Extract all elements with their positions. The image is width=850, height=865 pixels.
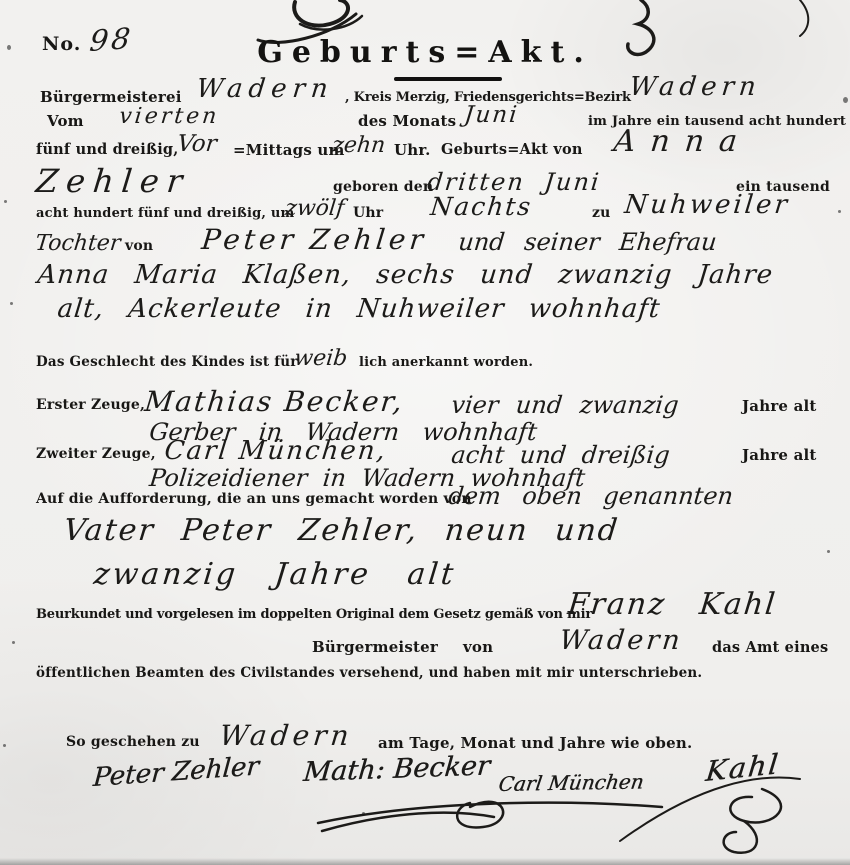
beurkundet-label: Beurkundet und vorgelesen im doppelten O… <box>36 607 592 622</box>
am-tage-label: am Tage, Monat und Jahre wie oben. <box>378 734 692 752</box>
des-monats-label: des Monats <box>358 112 456 130</box>
so-geschehen-label: So geschehen zu <box>66 734 200 750</box>
document-title: Geburts=Akt. <box>0 35 850 70</box>
ink-speck <box>362 812 365 815</box>
witness2-name-entry: Carl München, <box>163 436 388 466</box>
execution-place-entry: Wadern <box>218 719 354 752</box>
time-of-day-entry: Nachts <box>429 192 534 221</box>
signature-peter-zehler: Peter Zehler <box>92 752 260 793</box>
vom-label: Vom <box>47 112 84 130</box>
von-label-2: von <box>463 638 493 656</box>
document-page: No. 98 Geburts=Akt. Bürgermeisterei Wade… <box>0 0 850 865</box>
ink-speck <box>843 97 848 103</box>
ink-speck <box>838 210 841 213</box>
mayor-name-entry: Franz Kahl <box>566 587 779 622</box>
father-name-entry: Peter Zehler <box>200 223 429 256</box>
geschlecht-prefix-label: Das Geschlecht des Kindes ist für <box>36 354 298 370</box>
geboren-den-label: geboren den <box>333 179 433 195</box>
witness1-name-entry: Mathias Becker, <box>143 385 406 418</box>
ink-speck <box>4 200 7 203</box>
uhr-label-2: Uhr <box>353 205 383 221</box>
signature-mathias-becker: Math: Becker <box>302 751 491 788</box>
parents-residence-entry: alt, Ackerleute in Nuhweiler wohnhaft <box>56 294 662 324</box>
birthplace-entry: Nuhweiler <box>623 190 791 220</box>
ink-speck <box>10 302 13 305</box>
ehefrau-entry: und seiner Ehefrau <box>457 228 718 256</box>
signature-mayor-kahl: Kahl <box>704 748 781 788</box>
child-firstname-entry: Anna <box>612 124 754 159</box>
ink-speck <box>827 550 830 553</box>
birth-month-entry: Juni <box>543 168 602 196</box>
beamten-civilstand-label: öffentlichen Beamten des Civilstandes ve… <box>36 665 702 681</box>
declarant-reference-entry: dem oben genannten <box>447 482 735 510</box>
district-entry: Wadern <box>628 72 762 102</box>
mittags-um-label: =Mittags um <box>233 141 345 159</box>
birth-year-text: acht hundert fünf und dreißig, um <box>36 206 294 221</box>
zweiter-zeuge-label: Zweiter Zeuge, <box>36 446 156 462</box>
das-amt-eines-label: das Amt eines <box>712 639 828 656</box>
witness1-age-entry: vier und zwanzig <box>450 391 680 419</box>
child-surname-entry: Zehler <box>34 162 192 200</box>
geschlecht-suffix-label: lich anerkannt worden. <box>359 355 533 370</box>
birth-hour-entry: zwölf <box>284 196 345 221</box>
erster-zeuge-label: Erster Zeuge, <box>36 397 145 413</box>
mother-name-age-entry: Anna Maria Klaßen, sechs und zwanzig Jah… <box>36 260 775 290</box>
title-underline <box>394 77 502 81</box>
act-month-entry: Juni <box>463 102 520 128</box>
vormittags-entry: Vor <box>176 131 218 157</box>
geburtsakt-von-label: Geburts=Akt von <box>441 141 583 158</box>
act-day-entry: vierten <box>118 104 221 129</box>
act-hour-entry: zehn <box>331 133 387 158</box>
gender-entry: weib <box>293 346 349 371</box>
year-continued-text: fünf und dreißig, <box>36 141 179 158</box>
jahre-alt-label-1: Jahre alt <box>742 397 817 415</box>
tochter-entry: Tochter <box>34 231 122 256</box>
buergermeister-label: Bürgermeister <box>312 638 438 656</box>
ink-speck <box>3 744 6 747</box>
uhr-label: Uhr. <box>394 141 431 159</box>
aufforderung-label: Auf die Aufforderung, die an uns gemacht… <box>36 491 472 507</box>
signature-carl-muenchen: Carl München <box>497 769 645 796</box>
municipality-entry: Wadern <box>195 74 335 104</box>
jahre-alt-label-2: Jahre alt <box>742 446 817 464</box>
ink-speck <box>7 45 11 50</box>
ink-speck <box>12 641 15 644</box>
declarant-age-entry: zwanzig Jahre alt <box>92 557 458 592</box>
mayor-municipality-entry: Wadern <box>558 625 684 656</box>
zu-label: zu <box>592 205 611 221</box>
von-label: von <box>125 238 153 254</box>
declarant-father-entry: Vater Peter Zehler, neun und <box>62 513 621 548</box>
